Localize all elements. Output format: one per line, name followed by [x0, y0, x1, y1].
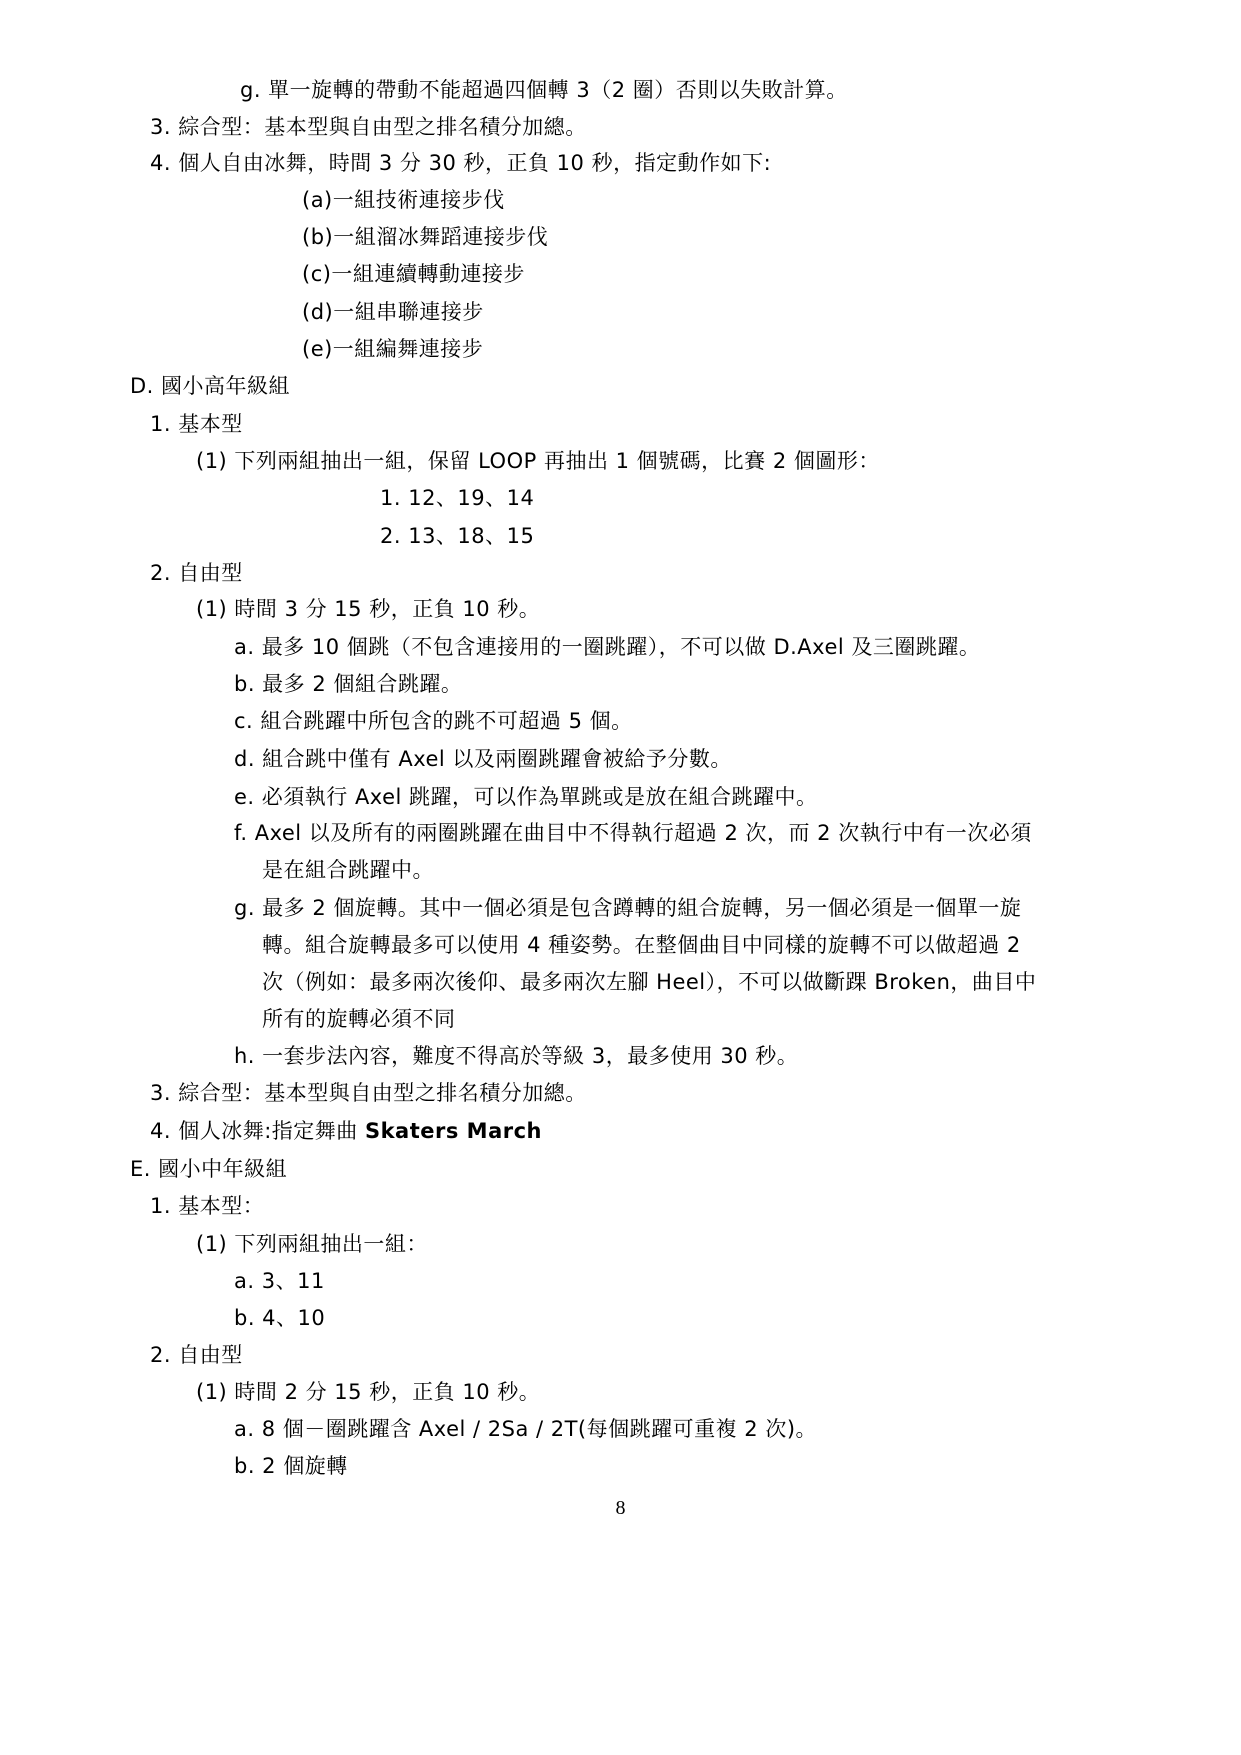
text-line: 2. 13、18、15 [380, 522, 534, 550]
text-line: f. Axel 以及所有的兩圈跳躍在曲目中不得執行超過 2 次，而 2 次執行中… [234, 819, 1032, 847]
line-text: h. 一套步法內容，難度不得高於等級 3，最多使用 30 秒。 [234, 1044, 798, 1068]
line-text: (a)一組技術連接步伐 [302, 188, 505, 212]
line-text: b. 4、10 [234, 1306, 325, 1330]
text-line: 所有的旋轉必須不同 [262, 1005, 456, 1033]
text-line: 3. 綜合型：基本型與自由型之排名積分加總。 [150, 1079, 587, 1107]
text-line: a. 3、11 [234, 1267, 325, 1295]
text-line: 1. 12、19、14 [380, 484, 534, 512]
text-line: (d)一組串聯連接步 [302, 298, 484, 326]
text-line: (1) 時間 2 分 15 秒，正負 10 秒。 [196, 1378, 540, 1406]
line-text: 2. 自由型 [150, 561, 243, 585]
line-text: a. 8 個－圈跳躍含 Axel / 2Sa / 2T(每個跳躍可重複 2 次)… [234, 1417, 817, 1441]
line-text: 2. 13、18、15 [380, 524, 534, 548]
line-text: 1. 基本型： [150, 1194, 264, 1218]
line-text: 次（例如：最多兩次後仰、最多兩次左腳 Heel），不可以做斷踝 Broken，曲… [262, 970, 1036, 994]
text-line: 2. 自由型 [150, 559, 243, 587]
text-line: a. 8 個－圈跳躍含 Axel / 2Sa / 2T(每個跳躍可重複 2 次)… [234, 1415, 817, 1443]
dance-title: Skaters March [365, 1119, 542, 1143]
text-line: c. 組合跳躍中所包含的跳不可超過 5 個。 [234, 707, 633, 735]
line-text: (e)一組編舞連接步 [302, 337, 483, 361]
text-line: (1) 時間 3 分 15 秒，正負 10 秒。 [196, 595, 540, 623]
line-text: (d)一組串聯連接步 [302, 300, 484, 324]
line-text: D. 國小高年級組 [130, 374, 290, 398]
text-line: 2. 自由型 [150, 1341, 243, 1369]
line-text: b. 最多 2 個組合跳躍。 [234, 672, 462, 696]
text-line: a. 最多 10 個跳（不包含連接用的一圈跳躍），不可以做 D.Axel 及三圈… [234, 633, 980, 661]
line-text: 3. 綜合型：基本型與自由型之排名積分加總。 [150, 115, 587, 139]
line-text: f. Axel 以及所有的兩圈跳躍在曲目中不得執行超過 2 次，而 2 次執行中… [234, 821, 1032, 845]
line-text: d. 組合跳中僅有 Axel 以及兩圈跳躍會被給予分數。 [234, 747, 732, 771]
text-line: e. 必須執行 Axel 跳躍，可以作為單跳或是放在組合跳躍中。 [234, 783, 818, 811]
line-text: 1. 基本型 [150, 412, 243, 436]
line-text: 4. 個人自由冰舞，時間 3 分 30 秒，正負 10 秒，指定動作如下: [150, 151, 771, 175]
text-line: (c)一組連續轉動連接步 [302, 260, 525, 288]
line-text: (1) 下列兩組抽出一組，保留 LOOP 再抽出 1 個號碼，比賽 2 個圖形： [196, 449, 880, 473]
line-text: 2. 自由型 [150, 1343, 243, 1367]
line-text: 轉。組合旋轉最多可以使用 4 種姿勢。在整個曲目中同樣的旋轉不可以做超過 2 [262, 933, 1021, 957]
text-line: E. 國小中年級組 [130, 1155, 287, 1183]
page-number: 8 [0, 1497, 1241, 1520]
text-line: g. 單一旋轉的帶動不能超過四個轉 3（2 圈）否則以失敗計算。 [240, 76, 848, 104]
line-text: g. 單一旋轉的帶動不能超過四個轉 3（2 圈）否則以失敗計算。 [240, 78, 848, 102]
text-line: (e)一組編舞連接步 [302, 335, 483, 363]
line-text: c. 組合跳躍中所包含的跳不可超過 5 個。 [234, 709, 633, 733]
text-line: g. 最多 2 個旋轉。其中一個必須是包含蹲轉的組合旋轉，另一個必須是一個單一旋 [234, 894, 1021, 922]
text-line: 3. 綜合型：基本型與自由型之排名積分加總。 [150, 113, 587, 141]
line-text: (1) 下列兩組抽出一組： [196, 1232, 428, 1256]
line-text: (1) 時間 3 分 15 秒，正負 10 秒。 [196, 597, 540, 621]
text-line: 1. 基本型 [150, 410, 243, 438]
text-line: d. 組合跳中僅有 Axel 以及兩圈跳躍會被給予分數。 [234, 745, 732, 773]
line-text: a. 3、11 [234, 1269, 325, 1293]
text-line: b. 2 個旋轉 [234, 1452, 348, 1480]
line-text: 3. 綜合型：基本型與自由型之排名積分加總。 [150, 1081, 587, 1105]
line-text: (b)一組溜冰舞蹈連接步伐 [302, 225, 548, 249]
line-text: g. 最多 2 個旋轉。其中一個必須是包含蹲轉的組合旋轉，另一個必須是一個單一旋 [234, 896, 1021, 920]
text-line: h. 一套步法內容，難度不得高於等級 3，最多使用 30 秒。 [234, 1042, 798, 1070]
line-text: (1) 時間 2 分 15 秒，正負 10 秒。 [196, 1380, 540, 1404]
line-text: 1. 12、19、14 [380, 486, 534, 510]
text-line: 是在組合跳躍中。 [262, 856, 434, 884]
text-line: 4. 個人自由冰舞，時間 3 分 30 秒，正負 10 秒，指定動作如下: [150, 149, 771, 177]
line-text: e. 必須執行 Axel 跳躍，可以作為單跳或是放在組合跳躍中。 [234, 785, 818, 809]
line-text: 所有的旋轉必須不同 [262, 1007, 456, 1031]
line-text: 4. 個人冰舞:指定舞曲 [150, 1119, 365, 1143]
text-line: b. 4、10 [234, 1304, 325, 1332]
text-line: D. 國小高年級組 [130, 372, 290, 400]
line-text: (c)一組連續轉動連接步 [302, 262, 525, 286]
line-text: 是在組合跳躍中。 [262, 858, 434, 882]
text-line: (a)一組技術連接步伐 [302, 186, 505, 214]
line-text: E. 國小中年級組 [130, 1157, 287, 1181]
text-line: 轉。組合旋轉最多可以使用 4 種姿勢。在整個曲目中同樣的旋轉不可以做超過 2 [262, 931, 1021, 959]
text-line: (b)一組溜冰舞蹈連接步伐 [302, 223, 548, 251]
text-line: b. 最多 2 個組合跳躍。 [234, 670, 462, 698]
text-line: 次（例如：最多兩次後仰、最多兩次左腳 Heel），不可以做斷踝 Broken，曲… [262, 968, 1036, 996]
line-text: b. 2 個旋轉 [234, 1454, 348, 1478]
text-line: 1. 基本型： [150, 1192, 264, 1220]
text-line: (1) 下列兩組抽出一組： [196, 1230, 428, 1258]
text-line: (1) 下列兩組抽出一組，保留 LOOP 再抽出 1 個號碼，比賽 2 個圖形： [196, 447, 880, 475]
text-line: 4. 個人冰舞:指定舞曲 Skaters March [150, 1117, 542, 1145]
line-text: a. 最多 10 個跳（不包含連接用的一圈跳躍），不可以做 D.Axel 及三圈… [234, 635, 980, 659]
